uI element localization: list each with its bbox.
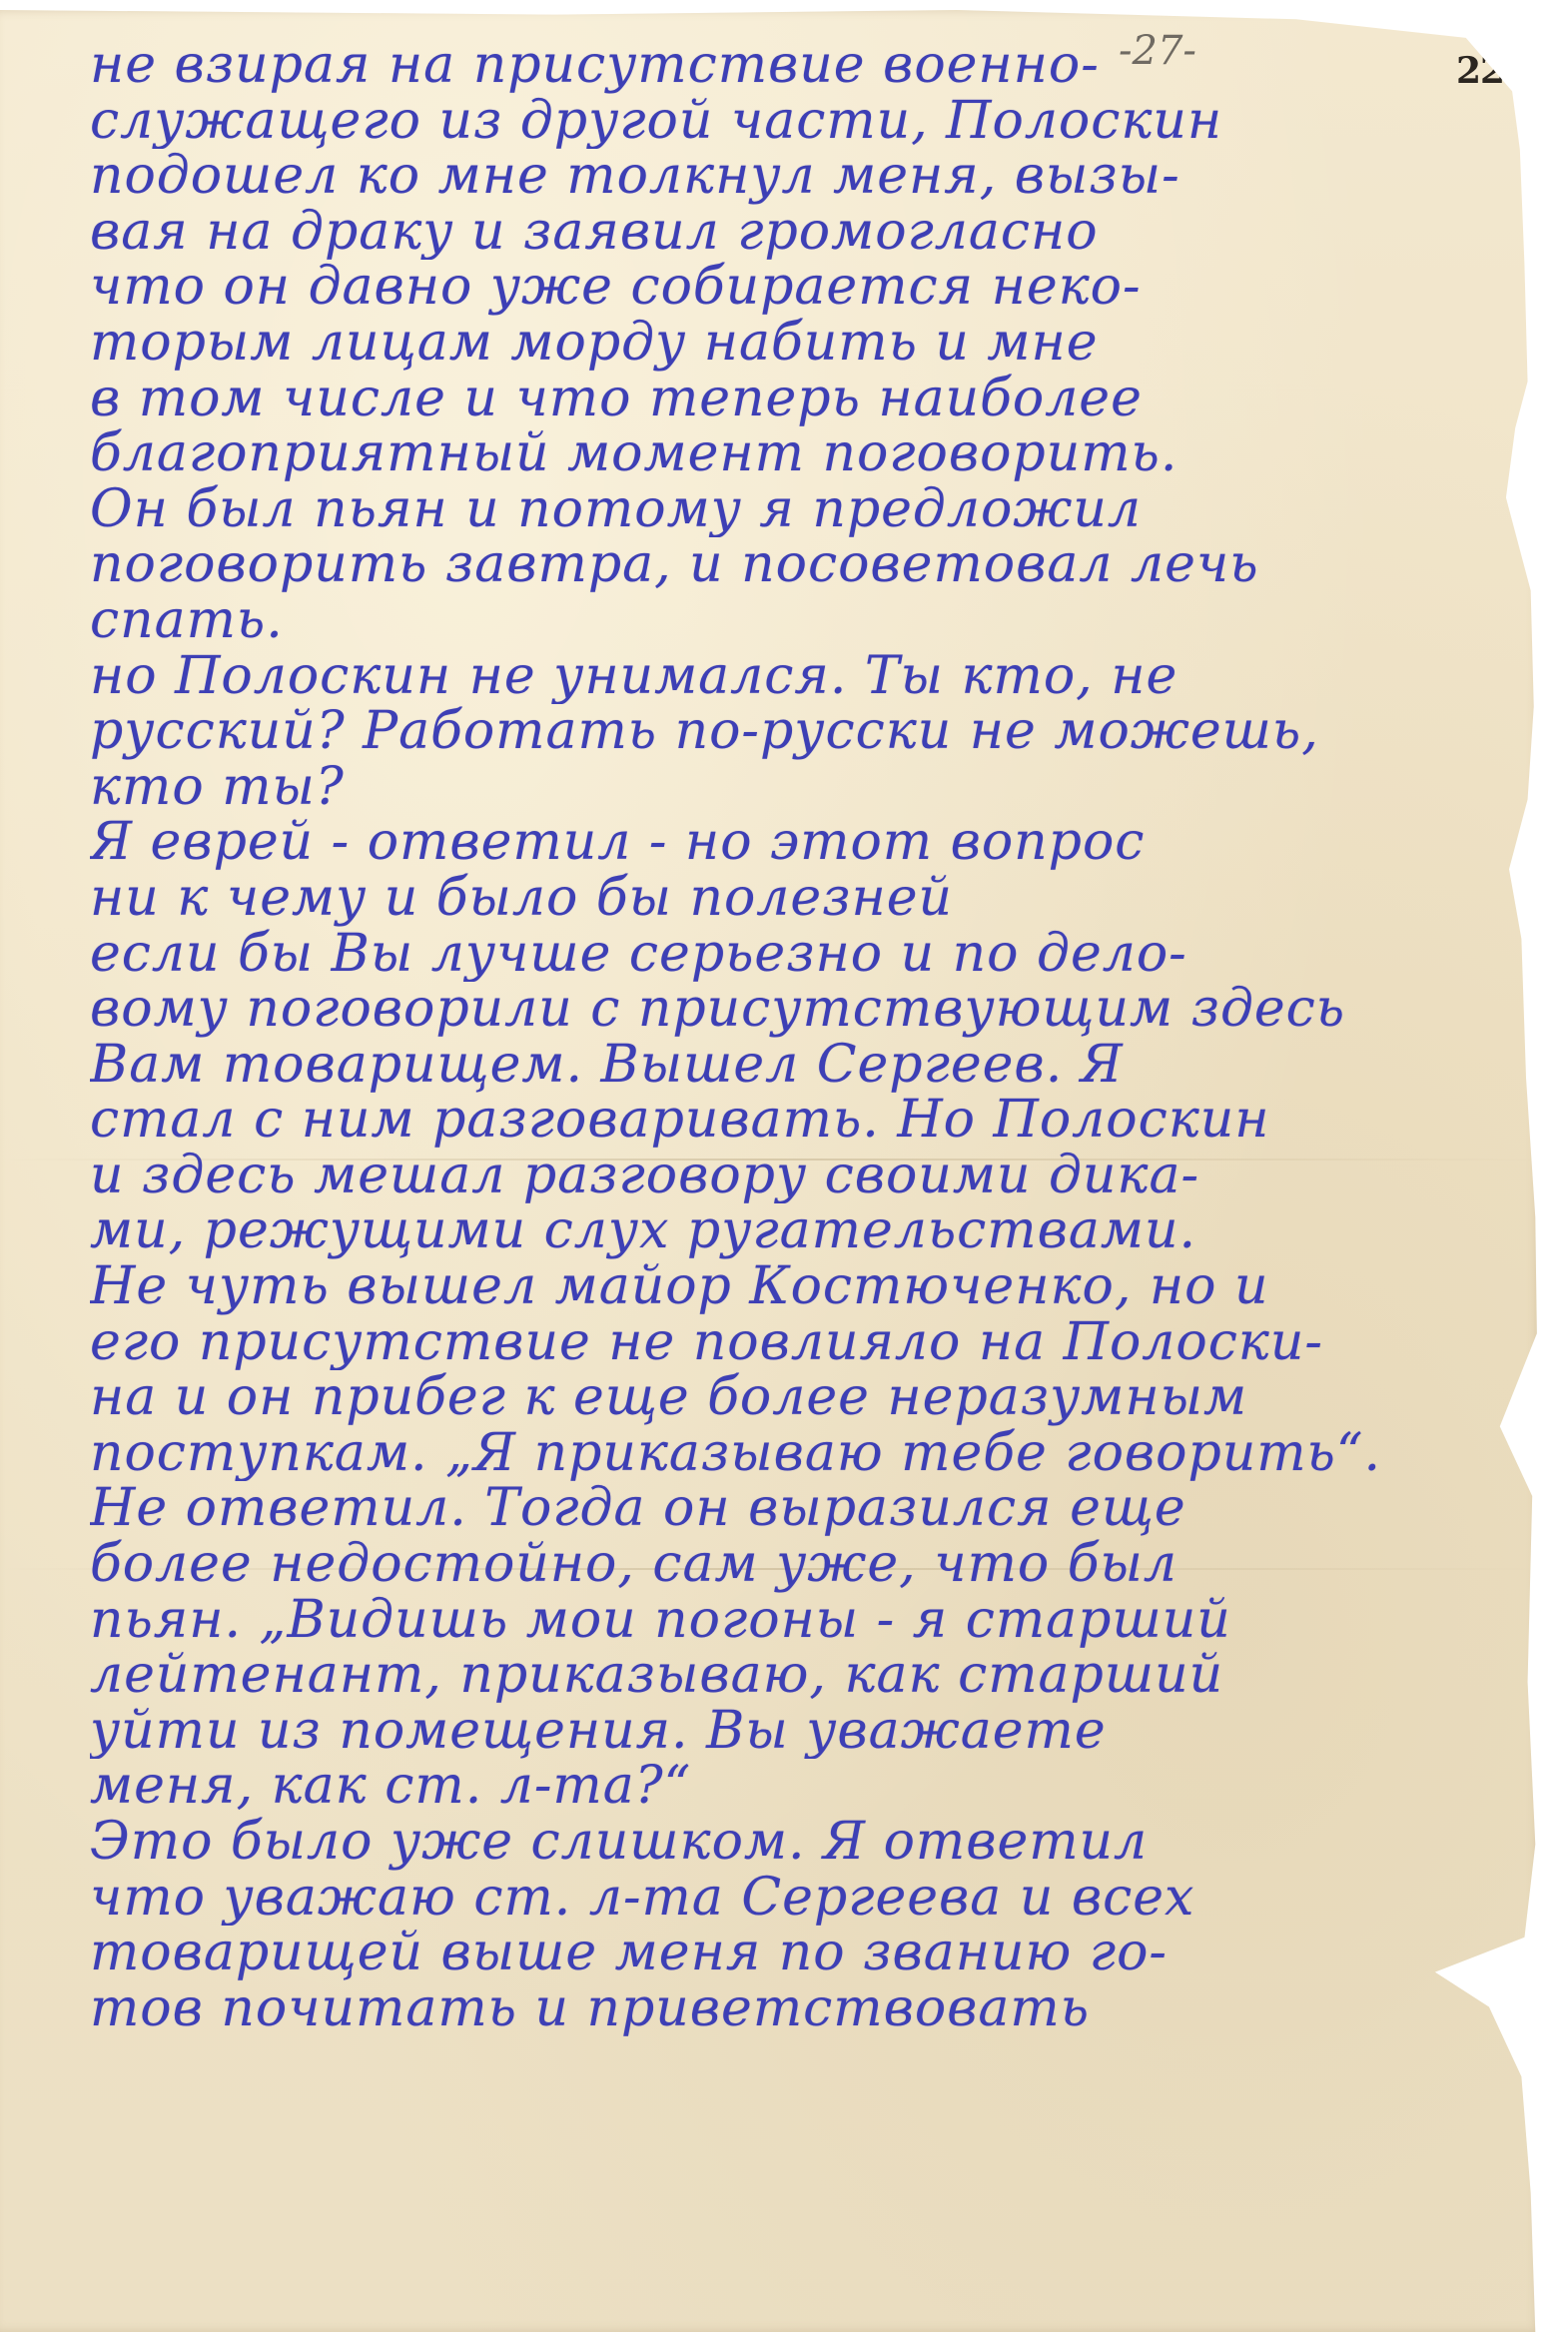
text-line: не взирая на присутствие военно- (90, 38, 1508, 94)
text-line: и здесь мешал разговору своими дика- (90, 1149, 1508, 1204)
text-line: уйти из помещения. Вы уважаете (90, 1704, 1508, 1760)
text-line: русский? Работать по-русски не можешь, (90, 704, 1508, 760)
text-line: на и он прибег к еще более неразумным (90, 1370, 1508, 1426)
text-line: кто ты? (90, 760, 1508, 816)
text-line: вая на драку и заявил громогласно (90, 205, 1508, 261)
text-line: Не чуть вышел майор Костюченко, но и (90, 1259, 1508, 1315)
text-line: если бы Вы лучше серьезно и по дело- (90, 927, 1508, 983)
text-line: ми, режущими слух ругательствами. (90, 1203, 1508, 1259)
text-line: его присутствие не повлияло на Полоски- (90, 1315, 1508, 1371)
text-line: тов почитать и приветствовать (90, 1981, 1508, 2037)
text-line: в том числе и что теперь наиболее (90, 372, 1508, 427)
text-line: но Полоскин не унимался. Ты кто, не (90, 649, 1508, 705)
text-line: более недостойно, сам уже, что был (90, 1537, 1508, 1593)
text-line: пьян. „Видишь мои погоны - я старший (90, 1593, 1508, 1649)
text-line: вому поговорили с присутствующим здесь (90, 982, 1508, 1038)
text-line: служащего из другой части, Полоскин (90, 94, 1508, 150)
paper-sheet: -27- 22 не взирая на присутствие военно-… (0, 10, 1543, 2332)
text-line: что уважаю ст. л-та Сергеева и всех (90, 1871, 1508, 1927)
text-line: Вам товарищем. Вышел Сергеев. Я (90, 1038, 1508, 1094)
text-line: благоприятный момент поговорить. (90, 426, 1508, 482)
handwritten-text: не взирая на присутствие военно- служаще… (90, 38, 1508, 2036)
text-line: поступкам. „Я приказываю тебе говорить“. (90, 1426, 1508, 1482)
text-line: подошел ко мне толкнул меня, вызы- (90, 149, 1508, 205)
text-line: лейтенант, приказываю, как старший (90, 1648, 1508, 1704)
text-line: Не ответил. Тогда он выразился еще (90, 1481, 1508, 1537)
text-line: Он был пьян и потому я предложил (90, 482, 1508, 538)
text-line: стал с ним разговаривать. Но Полоскин (90, 1093, 1508, 1149)
text-line: меня, как ст. л-та?“ (90, 1759, 1508, 1815)
text-line: спать. (90, 593, 1508, 649)
text-line: Я еврей - ответил - но этот вопрос (90, 815, 1508, 871)
text-line: что он давно уже собирается неко- (90, 260, 1508, 316)
text-line: поговорить завтра, и посоветовал лечь (90, 537, 1508, 593)
text-line: Это было уже слишком. Я ответил (90, 1815, 1508, 1871)
text-line: товарищей выше меня по званию го- (90, 1926, 1508, 1981)
text-line: торым лицам морду набить и мне (90, 316, 1508, 372)
text-line: ни к чему и было бы полезней (90, 871, 1508, 927)
